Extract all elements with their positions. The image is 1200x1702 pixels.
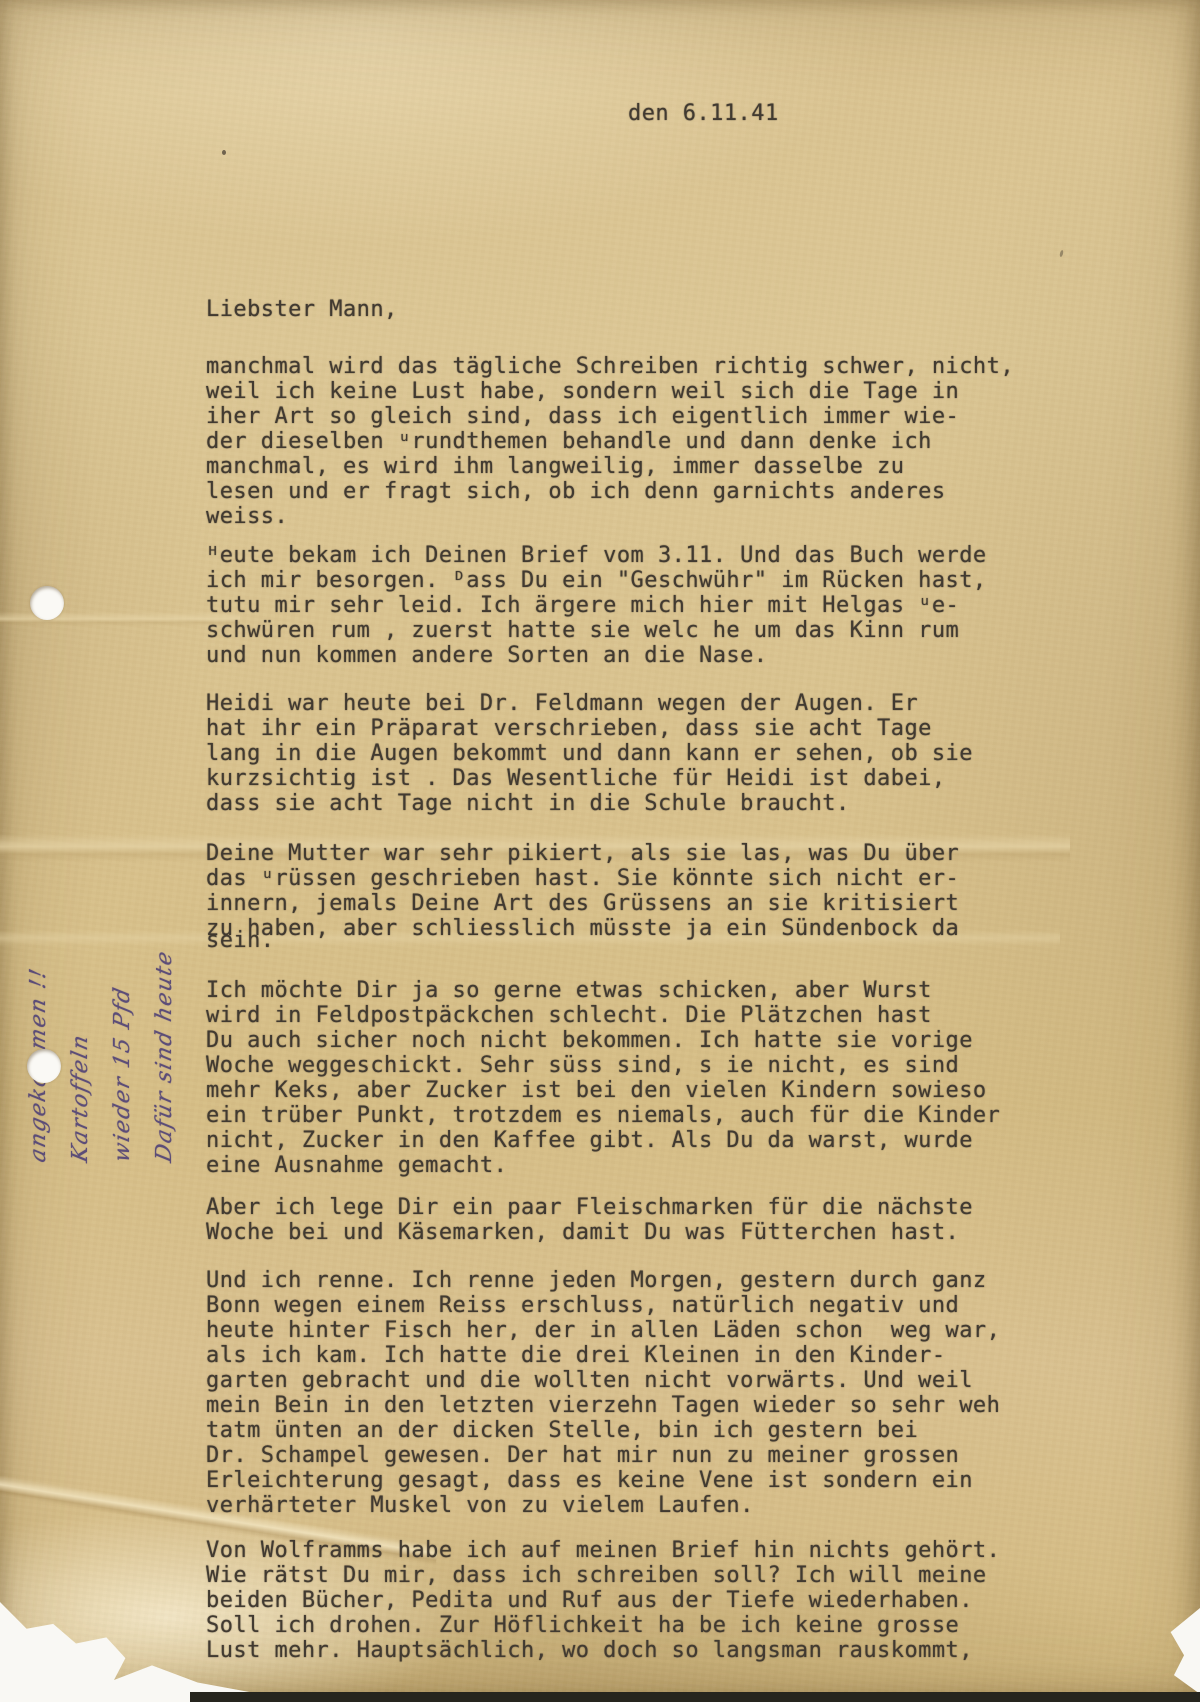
- typed-line: Deine Mutter war sehr pikiert, als sie l…: [206, 841, 959, 866]
- typed-line: Ich möchte Dir ja so gerne etwas schicke…: [206, 978, 1000, 1003]
- typed-line: hat ihr ein Präparat verschrieben, dass …: [206, 716, 973, 741]
- paragraph: Deine Mutter war sehr pikiert, als sie l…: [206, 841, 959, 953]
- typed-line: innern, jemals Deine Art des Grüssens an…: [206, 891, 959, 916]
- typed-line: das ᵘrüssen geschrieben hast. Sie könnte…: [206, 866, 959, 891]
- typed-line: schwüren rum , zuerst hatte sie welc he …: [206, 618, 987, 643]
- typed-line: mein Bein in den letzten vierzehn Tagen …: [206, 1393, 1000, 1418]
- typed-line: Woche weggeschickt. Sehr süss sind, s ie…: [206, 1053, 1000, 1078]
- typed-line: lesen und er fragt sich, ob ich denn gar…: [206, 479, 1014, 504]
- typed-line: Dr. Schampel gewesen. Der hat mir nun zu…: [206, 1443, 1000, 1468]
- typed-line: weil ich keine Lust habe, sondern weil s…: [206, 379, 1014, 404]
- typed-line: ein trüber Punkt, trotzdem es niemals, a…: [206, 1103, 1000, 1128]
- handwritten-margin-note: Dafür sind heutewieder 15 PfdKartoffelna…: [18, 850, 186, 1162]
- scanned-letter-page: { "letter": { "date": "den 6.11.41", "sa…: [0, 0, 1200, 1702]
- typed-line: manchmal wird das tägliche Schreiben ric…: [206, 354, 1014, 379]
- typed-line: dass sie acht Tage nicht in die Schule b…: [206, 791, 973, 816]
- typed-line: tutu mir sehr leid. Ich ärgere mich hier…: [206, 593, 987, 618]
- paper-bottom-edge: [190, 1692, 1200, 1702]
- paragraph: Heidi war heute bei Dr. Feldmann wegen d…: [206, 691, 973, 816]
- margin-note-line: wieder 15 Pfd: [102, 846, 144, 1167]
- typed-line: eine Ausnahme gemacht.: [206, 1153, 1000, 1178]
- typed-line: Heidi war heute bei Dr. Feldmann wegen d…: [206, 691, 973, 716]
- typed-line: garten gebracht und die wollten nicht vo…: [206, 1368, 1000, 1393]
- typed-line: beiden Bücher, Pedita und Ruf aus der Ti…: [206, 1588, 1000, 1613]
- typed-line: nicht, Zucker in den Kaffee gibt. Als Du…: [206, 1128, 1000, 1153]
- typed-line: Aber ich lege Dir ein paar Fleischmarken…: [206, 1195, 973, 1220]
- typed-line: heute hinter Fisch her, der in allen Läd…: [206, 1318, 1000, 1343]
- typed-line: zu haben, aber schliesslich müsste ja ei…: [206, 916, 959, 941]
- typed-line: Woche bei und Käsemarken, damit Du was F…: [206, 1220, 973, 1245]
- typed-line: als ich kam. Ich hatte die drei Kleinen …: [206, 1343, 1000, 1368]
- paragraph: Und ich renne. Ich renne jeden Morgen, g…: [206, 1268, 1000, 1518]
- ink-speck: [222, 150, 226, 155]
- paragraph: Aber ich lege Dir ein paar Fleischmarken…: [206, 1195, 973, 1245]
- typed-line: manchmal, es wird ihm langweilig, immer …: [206, 454, 1014, 479]
- typed-line: ich mir besorgen. ᴰass Du ein "Geschwühr…: [206, 568, 987, 593]
- typed-line: lang in die Augen bekommt und dann kann …: [206, 741, 973, 766]
- typed-line: der dieselben ᵘrundthemen behandle und d…: [206, 429, 1014, 454]
- paragraph: Ich möchte Dir ja so gerne etwas schicke…: [206, 978, 1000, 1178]
- letter-date: den 6.11.41: [628, 101, 779, 126]
- typed-line: Soll ich drohen. Zur Höflichkeit ha be i…: [206, 1613, 1000, 1638]
- typed-line: weiss.: [206, 504, 1014, 529]
- paragraph: manchmal wird das tägliche Schreiben ric…: [206, 354, 1014, 529]
- typed-line: iher Art so gleich sind, dass ich eigent…: [206, 404, 1014, 429]
- typed-line: Wie rätst Du mir, dass ich schreiben sol…: [206, 1563, 1000, 1588]
- typed-line: und nun kommen andere Sorten an die Nase…: [206, 643, 987, 668]
- margin-note-line: angekommen !!: [18, 846, 60, 1167]
- typed-line: Du auch sicher noch nicht bekommen. Ich …: [206, 1028, 1000, 1053]
- typed-line: Bonn wegen einem Reiss erschluss, natürl…: [206, 1293, 1000, 1318]
- typed-line: Und ich renne. Ich renne jeden Morgen, g…: [206, 1268, 1000, 1293]
- typed-line: ᴴeute bekam ich Deinen Brief vom 3.11. U…: [206, 543, 987, 568]
- punch-hole: [30, 586, 64, 620]
- letter-salutation: Liebster Mann,: [206, 297, 398, 322]
- typed-line: kurzsichtig ist . Das Wesentliche für He…: [206, 766, 973, 791]
- typed-line: Von Wolframms habe ich auf meinen Brief …: [206, 1538, 1000, 1563]
- margin-note-line: Dafür sind heute: [144, 846, 186, 1167]
- margin-note-line: Kartoffeln: [60, 846, 102, 1167]
- typed-line: Lust mehr. Hauptsächlich, wo doch so lan…: [206, 1638, 1000, 1663]
- typed-line: Erleichterung gesagt, dass es keine Vene…: [206, 1468, 1000, 1493]
- typed-line: wird in Feldpostpäckchen schlecht. Die P…: [206, 1003, 1000, 1028]
- paragraph: Von Wolframms habe ich auf meinen Brief …: [206, 1538, 1000, 1663]
- punch-hole: [27, 1049, 61, 1083]
- paragraph: ᴴeute bekam ich Deinen Brief vom 3.11. U…: [206, 543, 987, 668]
- typed-line: mehr Keks, aber Zucker ist bei den viele…: [206, 1078, 1000, 1103]
- typed-line: tatm ünten an der dicken Stelle, bin ich…: [206, 1418, 1000, 1443]
- typed-line: verhärteter Muskel von zu vielem Laufen.: [206, 1493, 1000, 1518]
